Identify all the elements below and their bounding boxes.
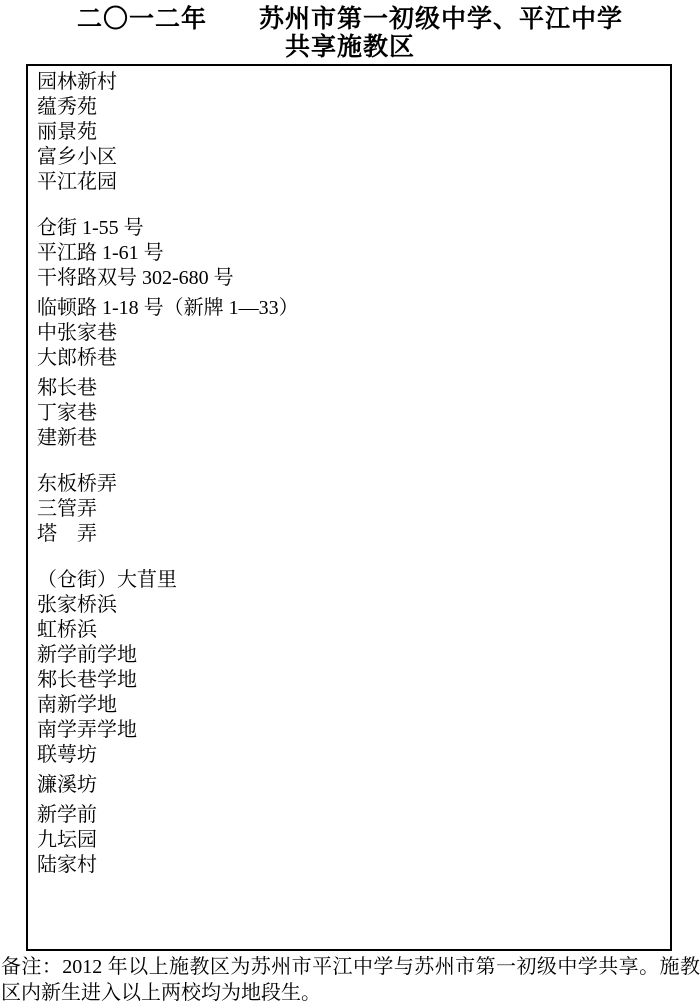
list-item: 平江路 1-61 号 <box>37 241 662 266</box>
list-item: 新学前 <box>37 803 662 828</box>
list-item: 园林新村 <box>37 70 662 95</box>
list-item: 临顿路 1-18 号（新牌 1—33） <box>37 296 662 321</box>
list-item: 富乡小区 <box>37 145 662 170</box>
list-item: 塔 弄 <box>37 522 662 547</box>
list-item: 建新巷 <box>37 426 662 451</box>
list-item: 仓街 1-55 号 <box>37 216 662 241</box>
list-item: 三管弄 <box>37 497 662 522</box>
list-item: 干将路双号 302-680 号 <box>37 266 662 291</box>
blank-line <box>37 451 662 472</box>
list-item: 濂溪坊 <box>37 773 662 798</box>
list-item: 丽景苑 <box>37 120 662 145</box>
list-item: （仓街）大苜里 <box>37 568 662 593</box>
blank-line <box>37 195 662 216</box>
list-item: 张家桥浜 <box>37 593 662 618</box>
list-item: 新学前学地 <box>37 643 662 668</box>
district-list-box: 园林新村蕴秀苑丽景苑富乡小区平江花园仓街 1-55 号平江路 1-61 号干将路… <box>26 64 672 951</box>
list-item: 南学弄学地 <box>37 718 662 743</box>
list-item: 邾长巷 <box>37 376 662 401</box>
list-item: 平江花园 <box>37 170 662 195</box>
list-item: 联萼坊 <box>37 743 662 768</box>
list-item: 蕴秀苑 <box>37 95 662 120</box>
list-item: 邾长巷学地 <box>37 668 662 693</box>
list-item: 陆家村 <box>37 853 662 878</box>
title-line-2: 共享施教区 <box>0 33 700 61</box>
list-item: 中张家巷 <box>37 321 662 346</box>
list-item: 南新学地 <box>37 693 662 718</box>
list-item: 九坛园 <box>37 828 662 853</box>
footnote: 备注：2012 年以上施教区为苏州市平江中学与苏州市第一初级中学共享。施教区内新… <box>1 954 700 1006</box>
title-line-1: 二〇一二年 苏州市第一初级中学、平江中学 <box>0 5 700 33</box>
list-item: 丁家巷 <box>37 401 662 426</box>
list-item: 东板桥弄 <box>37 472 662 497</box>
list-item: 虹桥浜 <box>37 618 662 643</box>
page-title: 二〇一二年 苏州市第一初级中学、平江中学 共享施教区 <box>0 5 700 61</box>
blank-line <box>37 547 662 568</box>
list-item: 大郎桥巷 <box>37 346 662 371</box>
